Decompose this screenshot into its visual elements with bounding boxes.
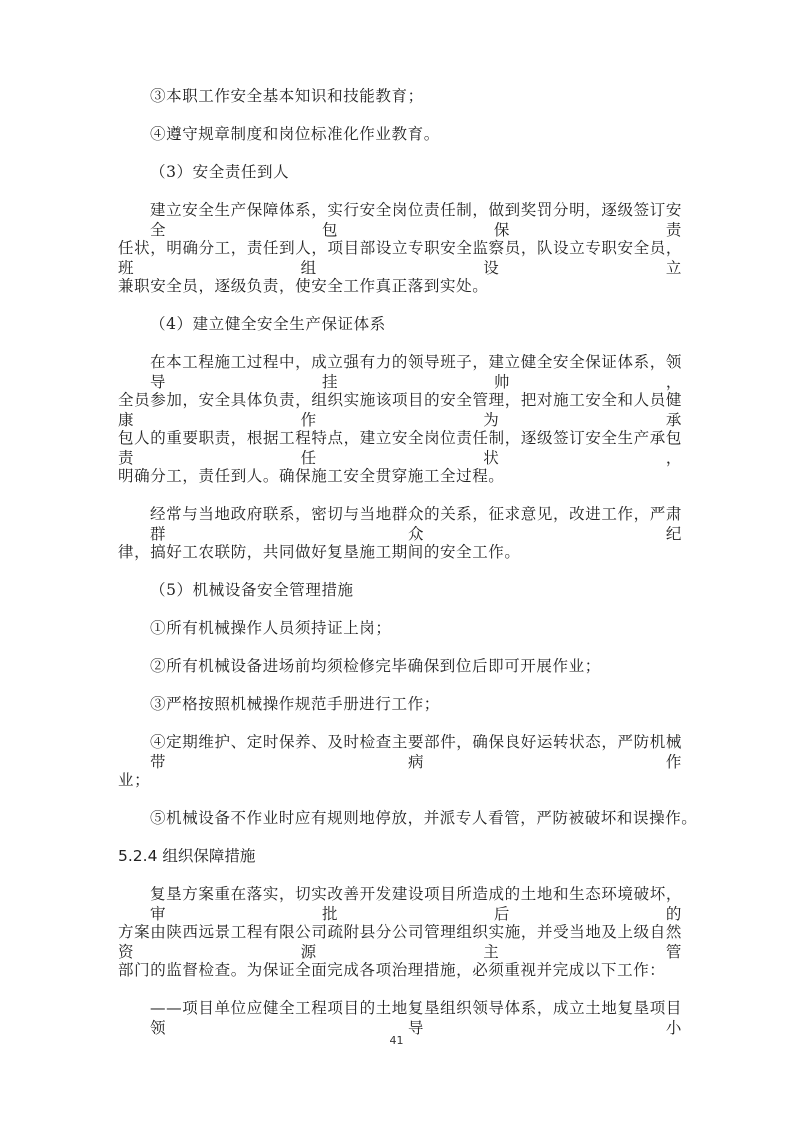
text-line: 明确分工，责任到人。确保施工安全贯穿施工全过程。 (118, 466, 682, 486)
text-line: ④遵守规章制度和岗位标准化作业教育。 (150, 124, 714, 144)
text-line: ③严格按照机械操作规范手册进行工作； (150, 694, 714, 714)
document-page: ③本职工作安全基本知识和技能教育；④遵守规章制度和岗位标准化作业教育。（3）安全… (0, 0, 793, 1121)
text-line: ②所有机械设备进场前均须检修完毕确保到位后即可开展作业； (150, 656, 714, 676)
text-line: 业； (118, 770, 682, 790)
text-line: ③本职工作安全基本知识和技能教育； (150, 86, 714, 106)
text-line: 方案由陕西远景工程有限公司疏附县分公司管理组织实施，并受当地及上级自然资源主管 (118, 922, 682, 962)
text-line: ④定期维护、定时保养、及时检查主要部件，确保良好运转状态，严防机械带病作 (150, 732, 682, 772)
text-line: 部门的监督检查。为保证全面完成各项治理措施，必须重视并完成以下工作： (118, 960, 682, 980)
text-line: 包人的重要职责，根据工程特点，建立安全岗位责任制，逐级签订安全生产承包责任状， (118, 428, 682, 468)
section-heading: 5.2.4 组织保障措施 (118, 846, 255, 866)
text-line: 任状，明确分工，责任到人，项目部设立专职安全监察员，队设立专职安全员，班组设立 (118, 238, 682, 278)
text-line: （5）机械设备安全管理措施 (150, 580, 714, 600)
text-line: ①所有机械操作人员须持证上岗； (150, 618, 714, 638)
text-line: 全员参加，安全具体负责，组织实施该项目的安全管理，把对施工安全和人员健康作为承 (118, 390, 682, 430)
text-line: 在本工程施工过程中，成立强有力的领导班子，建立健全安全保证体系，领导挂帅， (150, 352, 682, 392)
text-line: ⑤机械设备不作业时应有规则地停放，并派专人看管，严防被破坏和误操作。 (150, 808, 714, 828)
text-line: 兼职安全员，逐级负责，使安全工作真正落到实处。 (118, 276, 682, 296)
text-line: 复垦方案重在落实，切实改善开发建设项目所造成的土地和生态环境破坏，审批后的 (150, 884, 682, 924)
text-line: （4）建立健全安全生产保证体系 (150, 314, 714, 334)
text-line: （3）安全责任到人 (150, 162, 714, 182)
text-line: 建立安全生产保障体系，实行安全岗位责任制，做到奖罚分明，逐级签订安全包保责 (150, 200, 682, 240)
text-line: ——项目单位应健全工程项目的土地复垦组织领导体系，成立土地复垦项目领导小 (150, 998, 682, 1038)
text-line: 经常与当地政府联系，密切与当地群众的关系，征求意见，改进工作，严肃群众纪 (150, 504, 682, 544)
text-line: 律，搞好工农联防，共同做好复垦施工期间的安全工作。 (118, 542, 682, 562)
page-number: 41 (0, 1034, 793, 1047)
